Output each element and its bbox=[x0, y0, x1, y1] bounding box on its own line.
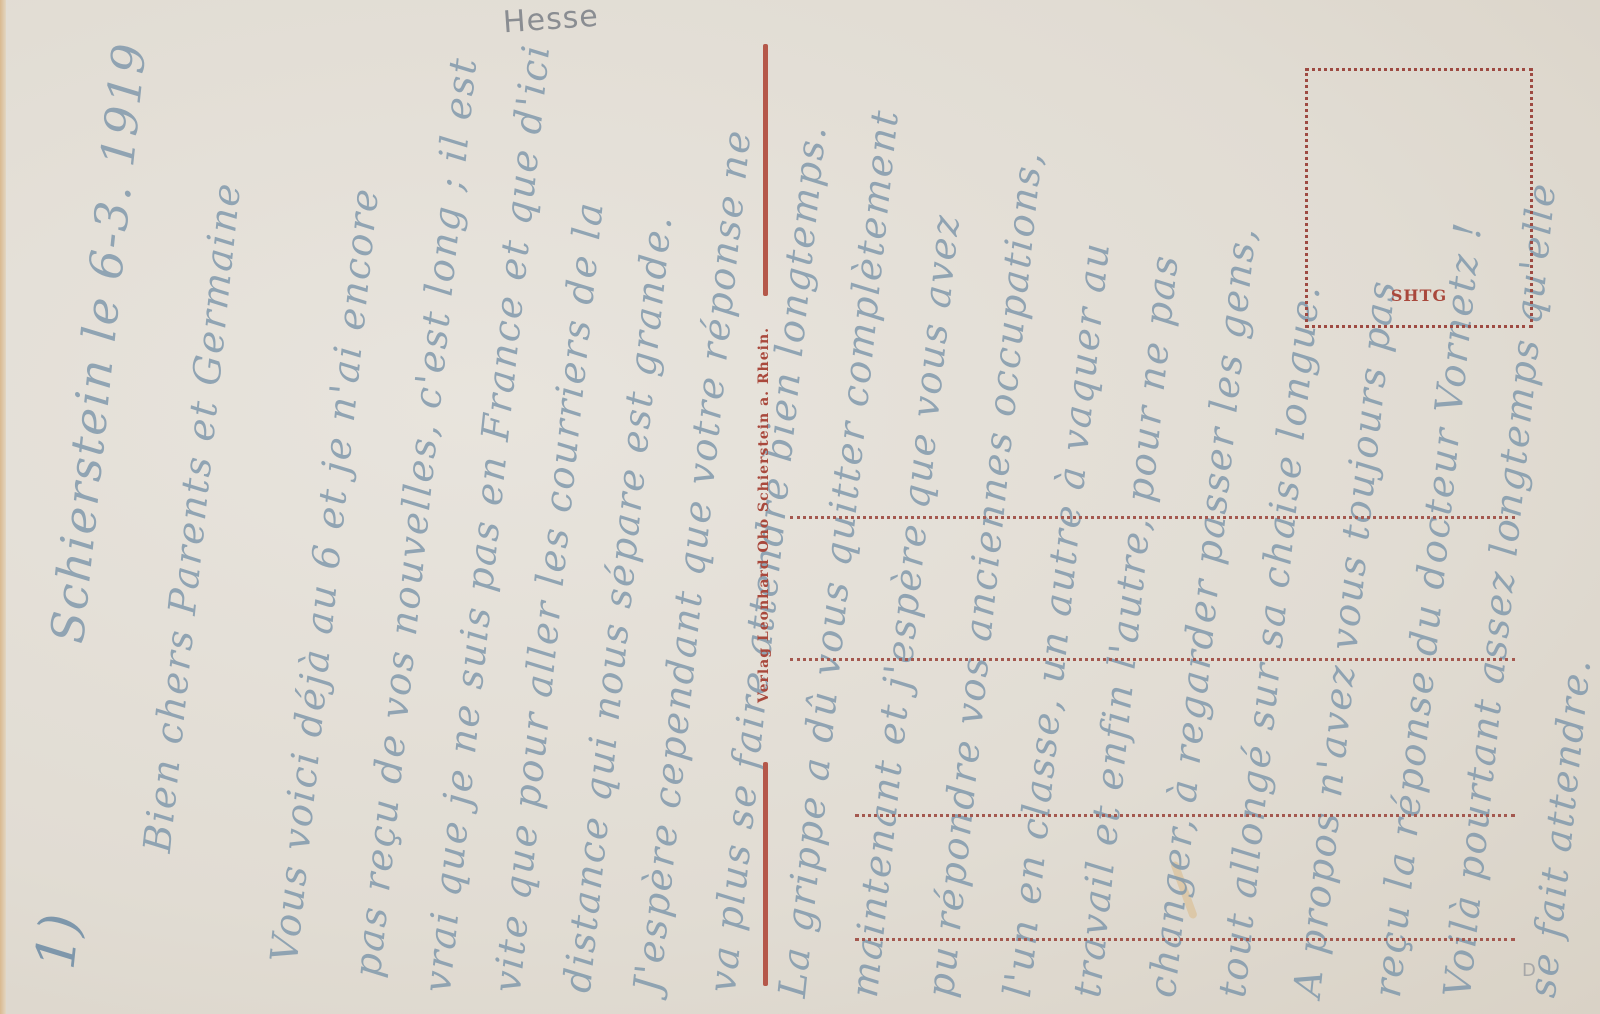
postcard-back: Hesse Schierstein le 6-3. 1919 Bien cher… bbox=[0, 0, 1600, 1014]
address-line-4 bbox=[855, 938, 1515, 941]
address-line-2 bbox=[790, 658, 1515, 661]
center-divider-top bbox=[763, 44, 768, 296]
address-line-1 bbox=[790, 516, 1515, 519]
center-divider-bottom bbox=[763, 762, 768, 986]
publisher-imprint: Verlag Leonhard Oho Schierstein a. Rhein… bbox=[756, 327, 772, 703]
handwriting-line: se fait attendre. bbox=[1520, 655, 1599, 999]
stamp-box: SHTG bbox=[1305, 68, 1533, 328]
paper-edge bbox=[0, 0, 6, 1014]
handwriting-line: Bien chers Parents et Germaine bbox=[135, 179, 249, 854]
page-number-mark: 1) bbox=[23, 911, 91, 973]
stamp-box-label: SHTG bbox=[1308, 286, 1530, 305]
address-line-3 bbox=[855, 814, 1515, 817]
handwriting-line-date: Schierstein le 6-3. 1919 bbox=[40, 39, 157, 645]
corner-mark: D bbox=[1522, 960, 1536, 981]
pencil-annotation: Hesse bbox=[502, 0, 600, 40]
